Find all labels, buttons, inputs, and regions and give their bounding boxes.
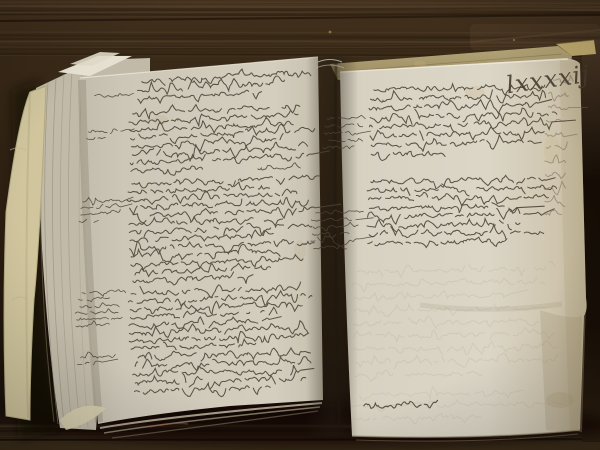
scene-canvas: lxxxxij	[0, 0, 600, 450]
manuscript-photo: lxxxxij	[0, 0, 600, 450]
photo-vignette	[0, 0, 600, 450]
